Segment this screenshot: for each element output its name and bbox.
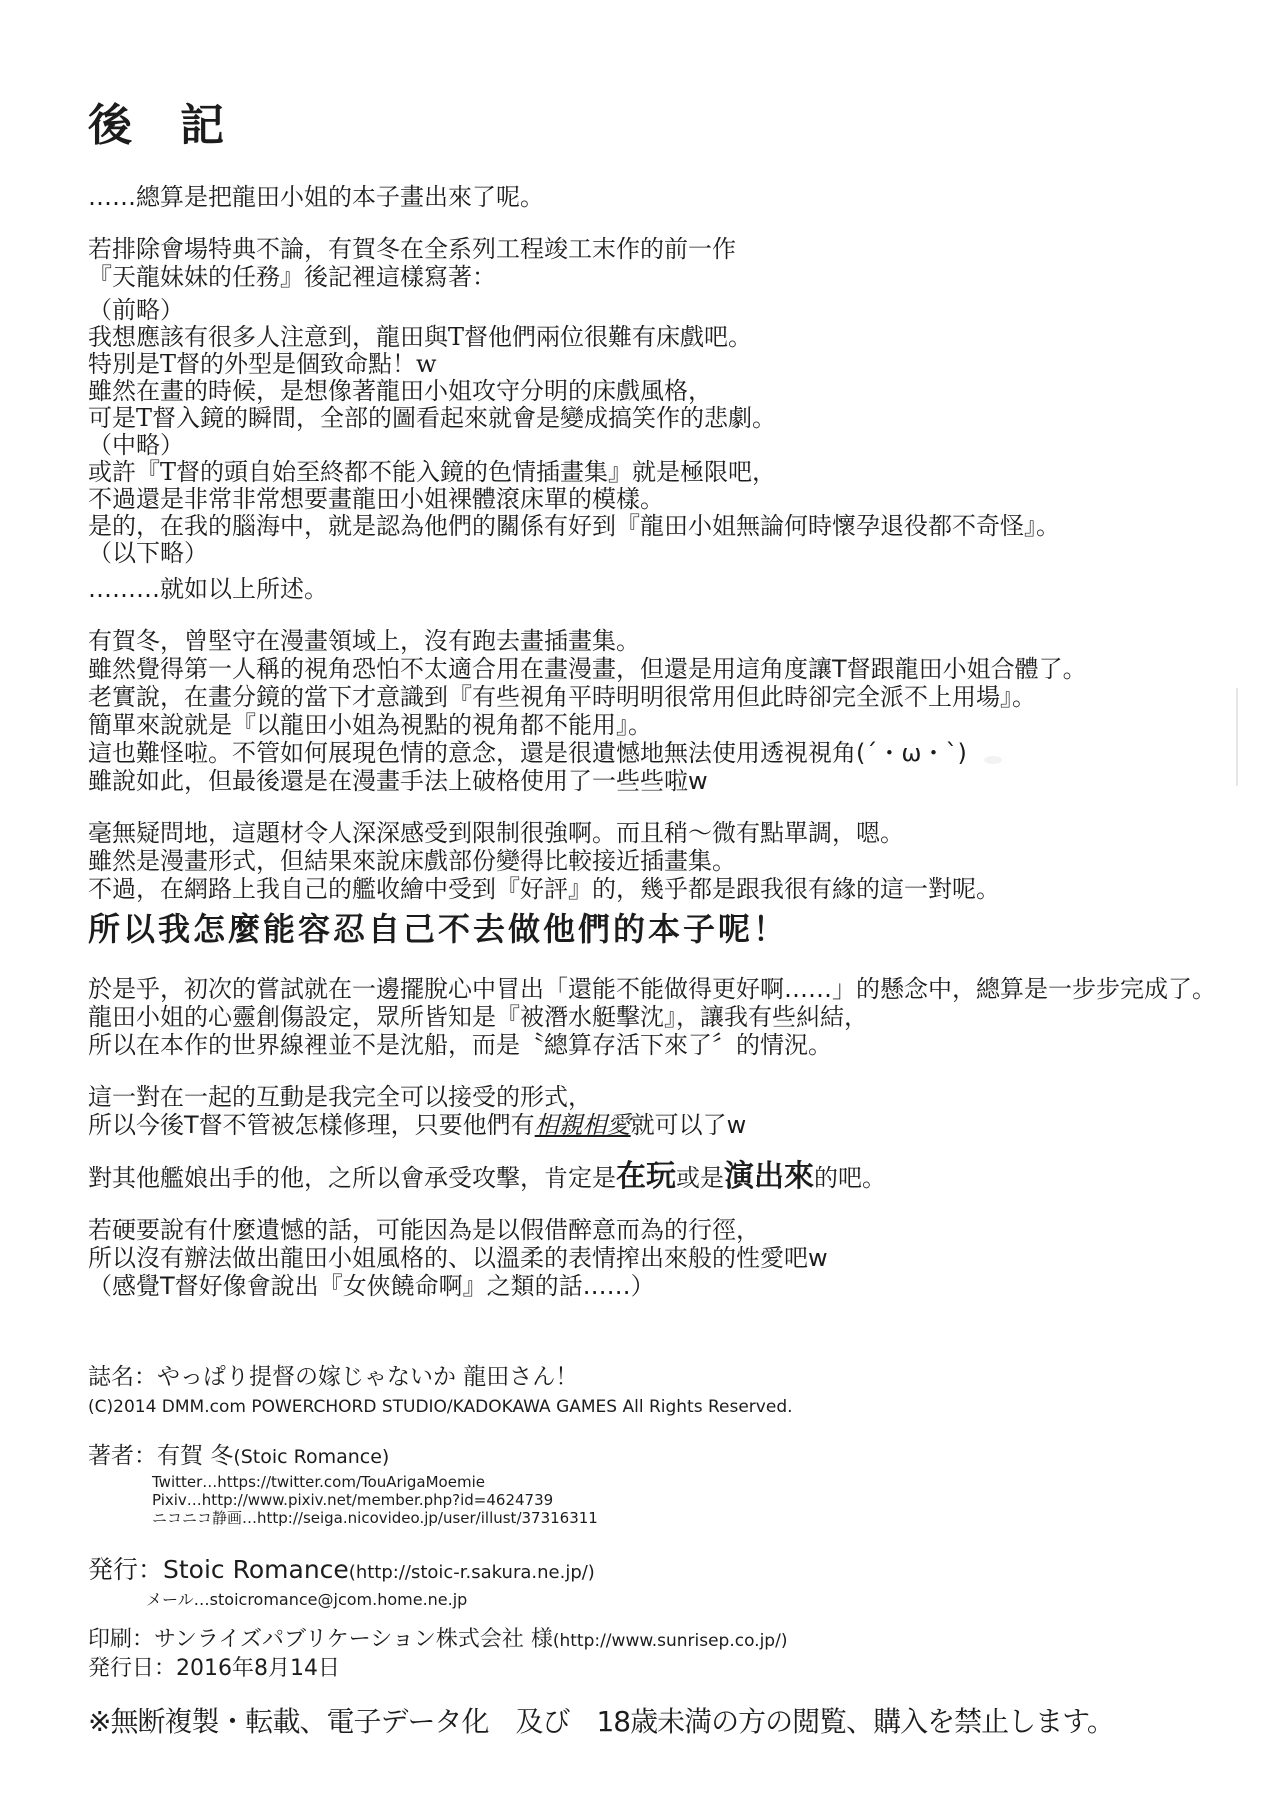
publisher-label: 発行：Stoic Romance bbox=[88, 1555, 349, 1584]
text-line: 雖然是漫畫形式，但結果來說床戲部份變得比較接近插畫集。 bbox=[88, 847, 1224, 875]
bold-emphasis: 演出來 bbox=[724, 1159, 814, 1194]
nicoseiga-link-line: ニコニコ静画…http://seiga.nicovideo.jp/user/il… bbox=[152, 1509, 1224, 1527]
text-line: 老實說，在畫分鏡的當下才意識到『有些視角平時明明很常用但此時卻完全派不上用場』。 bbox=[88, 683, 1224, 711]
quote-line: （前略） bbox=[88, 297, 1224, 324]
quote-line: 是的，在我的腦海中，就是認為他們的關係有好到『龍田小姐無論何時懷孕退役都不奇怪』… bbox=[88, 513, 1224, 540]
author-label: 著者：有賀 冬 bbox=[88, 1443, 233, 1469]
text-line: 若硬要說有什麼遺憾的話，可能因為是以假借醉意而為的行徑， bbox=[88, 1216, 1224, 1244]
quote-line: 可是T督入鏡的瞬間，全部的圖看起來就會是變成搞笑作的悲劇。 bbox=[88, 405, 1224, 432]
text-line: 若排除會場特典不論，有賀冬在全系列工程竣工末作的前一作 bbox=[88, 235, 1224, 263]
quote-line: 我想應該有很多人注意到，龍田與T督他們兩位很難有床戲吧。 bbox=[88, 324, 1224, 351]
emphatic-headline: 所以我怎麼能容忍自己不去做他們的本子呢！ bbox=[88, 909, 1224, 949]
quoted-afterword-block: （前略） 我想應該有很多人注意到，龍田與T督他們兩位很難有床戲吧。 特別是T督的… bbox=[88, 297, 1224, 567]
intro-paragraph: ……總算是把龍田小姐的本子畫出來了呢。 bbox=[88, 183, 1224, 211]
author-links-block: Twitter…https://twitter.com/TouArigaMoem… bbox=[152, 1473, 1224, 1527]
text-line: ……總算是把龍田小姐的本子畫出來了呢。 bbox=[88, 183, 1224, 211]
text-segment: 所以今後T督不管被怎樣修理，只要他們有 bbox=[88, 1111, 535, 1139]
text-line: 這一對在一起的互動是我完全可以接受的形式， bbox=[88, 1083, 1224, 1111]
text-line: 所以在本作的世界線裡並不是沈船，而是〝總算存活下來了〞的情況。 bbox=[88, 1031, 1224, 1059]
quote-line: 或許『T督的頭自始至終都不能入鏡的色情插畫集』就是極限吧， bbox=[88, 459, 1224, 486]
text-line-with-emphasis: 所以今後T督不管被怎樣修理，只要他們有相親相愛就可以了w bbox=[88, 1111, 1224, 1139]
text-line: （感覺T督好像會說出『女俠饒命啊』之類的話……） bbox=[88, 1272, 1224, 1300]
text-line-with-bold: 對其他艦娘出手的他，之所以會承受攻擊，肯定是在玩或是演出來的吧。 bbox=[88, 1163, 1224, 1192]
mail-line: メール…stoicromance@jcom.home.ne.jp bbox=[146, 1590, 1224, 1610]
text-line: 毫無疑問地，這題材令人深深感受到限制很強啊。而且稍～微有點單調，嗯。 bbox=[88, 819, 1224, 847]
couple-paragraph: 這一對在一起的互動是我完全可以接受的形式， 所以今後T督不管被怎樣修理，只要他們… bbox=[88, 1083, 1224, 1139]
quote-line: 雖然在畫的時候，是想像著龍田小姐攻守分明的床戲風格， bbox=[88, 378, 1224, 405]
text-line: 所以沒有辦法做出龍田小姐風格的、以溫柔的表情搾出來般的性愛吧w bbox=[88, 1244, 1224, 1272]
bold-emphasis: 在玩 bbox=[616, 1159, 676, 1194]
twitter-link-line: Twitter…https://twitter.com/TouArigaMoem… bbox=[152, 1473, 1224, 1491]
doujin-title-line: 誌名：やっぱり提督の嫁じゃないか 龍田さん！ bbox=[88, 1362, 1224, 1392]
text-line: 雖然覺得第一人稱的視角恐怕不太適合用在畫漫畫，但還是用這角度讓T督跟龍田小姐合體… bbox=[88, 655, 1224, 683]
text-line: 不過，在網路上我自己的艦收繪中受到『好評』的，幾乎都是跟我很有緣的這一對呢。 bbox=[88, 875, 1224, 903]
publisher-url: (http://stoic-r.sakura.ne.jp/) bbox=[349, 1562, 595, 1583]
underlined-emphasis: 相親相愛 bbox=[535, 1111, 631, 1139]
perspective-paragraph: 有賀冬，曾堅守在漫畫領域上，沒有跑去畫插畫集。 雖然覺得第一人稱的視角恐怕不太適… bbox=[88, 627, 1224, 795]
colophon-section: 誌名：やっぱり提督の嫁じゃないか 龍田さん！ (C)2014 DMM.com P… bbox=[88, 1362, 1224, 1739]
text-line: 龍田小姐的心靈創傷設定，眾所皆知是『被潛水艇擊沈』，讓我有些糾結， bbox=[88, 1003, 1224, 1031]
text-line: 『天龍妹妹的任務』後記裡這樣寫著： bbox=[88, 263, 1224, 291]
text-line: 雖說如此，但最後還是在漫畫手法上破格使用了一些些啦w bbox=[88, 767, 1224, 795]
text-segment: 的吧。 bbox=[814, 1164, 886, 1192]
copyright-line: (C)2014 DMM.com POWERCHORD STUDIO/KADOKA… bbox=[88, 1396, 1224, 1418]
scan-artifact-scratch bbox=[1236, 688, 1238, 786]
text-line: ………就如以上所述。 bbox=[88, 575, 1224, 603]
summary-paragraph: ………就如以上所述。 bbox=[88, 575, 1224, 603]
printer-url: (http://www.sunrisep.co.jp/) bbox=[553, 1631, 788, 1651]
author-line: 著者：有賀 冬(Stoic Romance) bbox=[88, 1442, 1224, 1471]
lead-in-paragraph: 若排除會場特典不論，有賀冬在全系列工程竣工末作的前一作 『天龍妹妹的任務』後記裡… bbox=[88, 235, 1224, 291]
reproduction-warning-line: ※無断複製・転載、電子データ化 及び 18歳未満の方の閲覧、購入を禁止します。 bbox=[88, 1705, 1224, 1739]
scanned-afterword-page: 後 記 ……總算是把龍田小姐的本子畫出來了呢。 若排除會場特典不論，有賀冬在全系… bbox=[0, 0, 1280, 1807]
quote-line: （以下略） bbox=[88, 540, 1224, 567]
text-segment: 或是 bbox=[676, 1164, 724, 1192]
text-line: 有賀冬，曾堅守在漫畫領域上，沒有跑去畫插畫集。 bbox=[88, 627, 1224, 655]
page-content: 後 記 ……總算是把龍田小姐的本子畫出來了呢。 若排除會場特典不論，有賀冬在全系… bbox=[88, 100, 1224, 1739]
scan-artifact-smudge bbox=[984, 756, 1002, 764]
text-line: 這也難怪啦。不管如何展現色情的意念，還是很遺憾地無法使用透視視角(´・ω・`) bbox=[88, 739, 1224, 767]
page-title: 後 記 bbox=[88, 100, 1224, 153]
text-line: 於是乎，初次的嘗試就在一邊擺脫心中冒出「還能不能做得更好啊……」的懸念中，總算是… bbox=[88, 975, 1224, 1003]
pixiv-link-line: Pixiv…http://www.pixiv.net/member.php?id… bbox=[152, 1491, 1224, 1509]
limitation-paragraph: 毫無疑問地，這題材令人深深感受到限制很強啊。而且稍～微有點單調，嗯。 雖然是漫畫… bbox=[88, 819, 1224, 903]
quote-line: 特別是T督的外型是個致命點！w bbox=[88, 351, 1224, 378]
quote-line: 不過還是非常非常想要畫龍田小姐裸體滾床單的模樣。 bbox=[88, 486, 1224, 513]
printer-label: 印刷：サンライズパブリケーション株式会社 様 bbox=[88, 1627, 553, 1652]
completion-paragraph: 於是乎，初次的嘗試就在一邊擺脫心中冒出「還能不能做得更好啊……」的懸念中，總算是… bbox=[88, 975, 1224, 1059]
text-segment: 就可以了w bbox=[631, 1111, 747, 1139]
printer-line: 印刷：サンライズパブリケーション株式会社 様(http://www.sunris… bbox=[88, 1626, 1224, 1655]
regret-paragraph: 若硬要說有什麼遺憾的話，可能因為是以假借醉意而為的行徑， 所以沒有辦法做出龍田小… bbox=[88, 1216, 1224, 1300]
bold-emphasis-paragraph: 對其他艦娘出手的他，之所以會承受攻擊，肯定是在玩或是演出來的吧。 bbox=[88, 1163, 1224, 1192]
author-circle-name: (Stoic Romance) bbox=[233, 1446, 389, 1468]
text-segment: 對其他艦娘出手的他，之所以會承受攻擊，肯定是 bbox=[88, 1164, 616, 1192]
publisher-line: 発行：Stoic Romance(http://stoic-r.sakura.n… bbox=[88, 1555, 1224, 1588]
text-line: 簡單來說就是『以龍田小姐為視點的視角都不能用』。 bbox=[88, 711, 1224, 739]
publication-date-line: 発行日：2016年8月14日 bbox=[88, 1655, 1224, 1683]
quote-line: （中略） bbox=[88, 432, 1224, 459]
